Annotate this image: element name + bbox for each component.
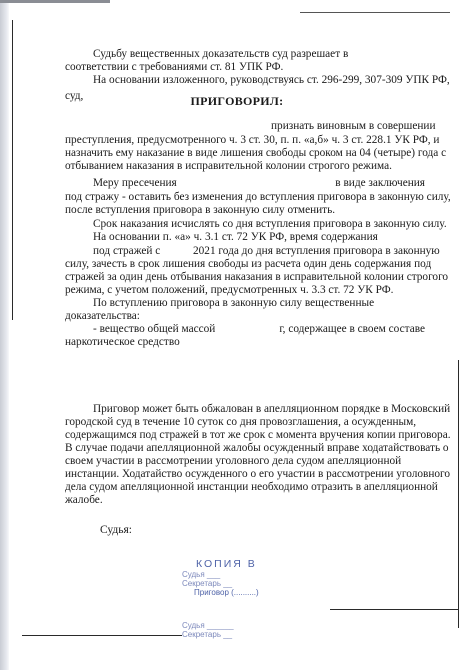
text-line: в виде заключения (318, 177, 425, 190)
text-line: соответствии с требованиями ст. 81 УПК Р… (65, 61, 425, 74)
scanned-document-page: Судьбу вещественных доказательств суд ра… (0, 0, 474, 670)
text-line: На основании изложенного, руководствуясь… (93, 74, 425, 87)
text-line: силу, зачесть в срок лишения свободы из … (65, 258, 425, 271)
text-line: признать виновным в совершении (271, 120, 425, 133)
stamp-line: Судья ______ (182, 621, 259, 630)
text-line: после вступления приговора в законную си… (65, 204, 425, 217)
right-vertical-rule (458, 360, 459, 628)
text-line: 2021 года до дня вступления приговора в … (193, 245, 425, 258)
stamp-line: Секретарь __ (182, 579, 259, 588)
text-line: наркотическое средство (65, 336, 425, 349)
text-line: преступления, предусмотренного ч. 3 ст. … (65, 134, 425, 147)
text-line: режима, с учетом положений, предусмотрен… (65, 284, 425, 297)
text-line: Приговор может быть обжалован в апелляци… (93, 403, 425, 416)
text-line: своем участии в рассмотрении уголовного … (65, 455, 425, 468)
text-line: Срок наказания исчислять со дня вступлен… (93, 218, 425, 231)
top-horizontal-rule (300, 12, 450, 13)
bottom-left-rule (22, 635, 182, 636)
text-line: инстанции. Ходатайство осужденного о его… (65, 468, 425, 481)
text-line: На основании п. «а» ч. 3.1 ст. 72 УК РФ,… (93, 231, 425, 244)
text-line: стражей за один день отбывания наказания… (65, 271, 425, 284)
text-line: назначить ему наказание в виде лишения с… (65, 147, 425, 160)
text-line: доказательства: (65, 310, 425, 323)
text-line: содержащимся под стражей в тот же срок с… (65, 429, 425, 442)
verdict-heading: ПРИГОВОРИЛ: (0, 94, 474, 109)
text-line: г, содержащее в своем составе (263, 323, 425, 336)
text-line: - вещество общей массой (93, 323, 233, 336)
text-line: под стражу - оставить без изменения до в… (65, 191, 425, 204)
text-line: По вступлению приговора в законную силу … (93, 297, 425, 310)
text-line: под стражей с (93, 245, 173, 258)
text-line: В случае подачи апелляционной жалобы осу… (65, 442, 425, 455)
stamp-header: КОПИЯ В (196, 558, 259, 570)
stamp-line: Судья ___ (182, 570, 259, 579)
text-line: отбыванием наказания в исправительной ко… (65, 160, 425, 173)
left-vertical-rule (12, 20, 13, 320)
bottom-right-rule (330, 609, 458, 610)
stamp-line: Секретарь __ (182, 630, 259, 639)
judge-signature-label: Судья: (100, 524, 132, 536)
scan-edge-top (0, 0, 110, 3)
text-line: жалобе. (65, 494, 425, 507)
stamp-line: Приговор (..........) (194, 588, 259, 597)
text-line: городской суд в течение 10 суток со дня … (65, 416, 425, 429)
text-line: Судьбу вещественных доказательств суд ра… (93, 48, 425, 61)
copy-stamp: КОПИЯ В Судья ___ Секретарь __ Приговор … (182, 558, 259, 639)
text-line: дела судом апелляционной инстанции необх… (65, 481, 425, 494)
